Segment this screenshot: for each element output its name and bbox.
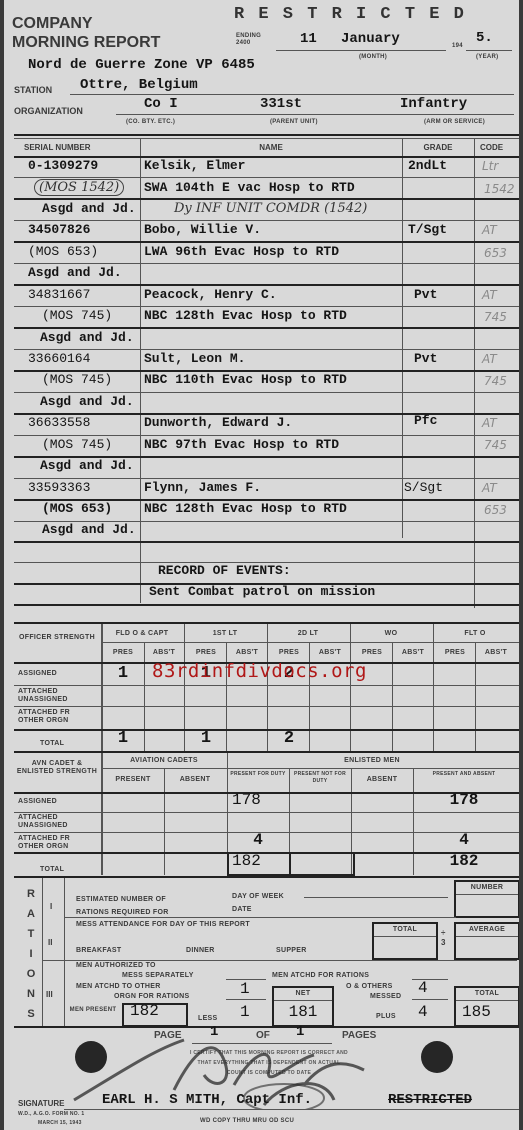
subcol-pres: PRES	[435, 649, 475, 656]
mess-attendance-label: MESS ATTENDANCE FOR DAY OF THIS REPORT	[76, 921, 250, 928]
mess-separately-label: MESS SEPARATELY	[122, 972, 194, 979]
entry-grade: Pvt	[414, 287, 437, 302]
group-flt-o: FLT O	[433, 630, 517, 637]
entry-grade: Pvt	[414, 351, 437, 366]
entry-code: AT	[482, 223, 497, 237]
rations-section-i: I	[50, 902, 52, 911]
breakfast-label: BREAKFAST	[76, 947, 121, 954]
record-of-events-heading: RECORD OF EVENTS:	[158, 563, 291, 578]
entry-code-mos: 745	[484, 438, 507, 452]
signature-label: SIGNATURE	[18, 1099, 65, 1108]
rations-total-value: 185	[462, 1003, 491, 1021]
month-caption: (MONTH)	[359, 54, 387, 60]
subcol-pres: PRES	[269, 649, 309, 656]
estimated-rations-label: ESTIMATED NUMBER OF RATIONS REQUIRED FOR	[76, 893, 169, 919]
average-label: AVERAGE	[456, 926, 518, 933]
organization-arm: Infantry	[400, 96, 467, 112]
entry-serial: 0-1309279	[28, 158, 98, 173]
entry-note: Asgd and Jd.	[42, 201, 136, 216]
entry-code-mos: 745	[484, 374, 507, 388]
form-date: MARCH 15, 1943	[38, 1120, 82, 1126]
entry-name: Sult, Leon M.	[144, 351, 245, 366]
row-total-label: TOTAL	[40, 740, 64, 747]
entry-mos: (MOS 653)	[42, 501, 112, 516]
entry-serial: 36633558	[28, 415, 90, 430]
entry-serial: 34831667	[28, 287, 90, 302]
men-atchd-for-rations-label: MEN ATCHD FOR RATIONS	[272, 972, 369, 979]
rations-total-label: TOTAL	[456, 990, 518, 997]
entry-serial: 34507826	[28, 222, 90, 237]
entry-code-mos: 745	[484, 310, 507, 324]
mess-total-label: TOTAL	[374, 926, 436, 933]
subcol-absent: ABSENT	[352, 776, 412, 783]
col-grade: GRADE	[402, 143, 474, 152]
subcol-present-for-duty: PRESENT FOR DUTY	[228, 771, 288, 778]
entry-grade: T/Sgt	[408, 222, 447, 237]
entry-serial: 33593363	[28, 480, 90, 495]
entry-mos: (MOS 653)	[28, 244, 98, 259]
o-others-label: O & OTHERS	[346, 983, 393, 990]
entry-name: Kelsik, Elmer	[144, 158, 245, 173]
entry-action: LWA 96th Evac Hosp to RTD	[144, 244, 339, 259]
enlisted-men-header: ENLISTED MEN	[227, 757, 517, 764]
number-label: NUMBER	[456, 884, 518, 891]
enlisted-total-present-duty: 182	[232, 852, 261, 870]
entry-action: SWA 104th E vac Hosp to RTD	[144, 180, 355, 195]
officer-total-fld-pres: 1	[103, 729, 143, 748]
subcol-present-not-for-duty: PRESENT NOT FOR DUTY	[290, 771, 350, 785]
entry-mos: (MOS 745)	[42, 308, 112, 323]
enlisted-total-present-absent: 182	[414, 852, 514, 870]
entry-note: Asgd and Jd.	[40, 458, 134, 473]
aviation-cadets-header: AVIATION CADETS	[101, 757, 227, 764]
subcol-abst: ABS'T	[476, 649, 516, 656]
row-assigned-label: ASSIGNED	[18, 670, 57, 677]
entry-code: AT	[482, 288, 497, 302]
entry-serial: 33660164	[28, 351, 90, 366]
officer-total-1stlt-pres: 1	[186, 729, 226, 748]
subcol-abst: ABS'T	[393, 649, 433, 656]
row-attached-unassigned-label: ATTACHED UNASSIGNED	[18, 688, 98, 704]
report-month: January	[341, 31, 400, 47]
report-day: 11	[300, 31, 317, 47]
entry-code: Ltr	[482, 159, 498, 173]
form-title-line2: MORNING REPORT	[12, 33, 160, 52]
row-attached-fr-other-label: ATTACHED FR OTHER ORGN	[18, 835, 98, 851]
subcol-cadet-present: PRESENT	[103, 776, 163, 783]
men-authorized-label: MEN AUTHORIZED TO	[76, 962, 156, 969]
organization-parent-unit: 331st	[260, 96, 302, 112]
rations-section-ii: II	[48, 938, 52, 947]
dinner-label: DINNER	[186, 947, 215, 954]
men-atchd-to-other-label: MEN ATCHD TO OTHER	[76, 983, 161, 990]
entry-note: Asgd and Jd.	[40, 394, 134, 409]
net-label: NET	[274, 990, 332, 997]
organization-label: ORGANIZATION	[14, 106, 83, 116]
watermark: 83rdinfdivdocs.org	[152, 660, 367, 682]
officer-strength-label: OFFICER STRENGTH	[16, 634, 98, 642]
entry-mos: (MOS 745)	[42, 437, 112, 452]
men-present-label: MEN PRESENT	[68, 1006, 118, 1014]
entry-action: NBC 110th Evac Hosp to RTD	[144, 372, 347, 387]
classification-stamp: R E S T R I C T E D	[234, 5, 466, 24]
entry-action: NBC 128th Evac Hosp to RTD	[144, 308, 347, 323]
entry-code-mos: 1542	[484, 182, 515, 196]
year-prefix: 194	[452, 43, 463, 49]
signer-name: EARL H. S MITH, Capt Inf.	[102, 1092, 312, 1108]
entry-code: AT	[482, 481, 497, 495]
report-year: 5.	[476, 30, 493, 46]
row-attached-fr-other-label: ATTACHED FR OTHER ORGN	[18, 709, 98, 725]
enlisted-assigned-present-absent: 178	[414, 791, 514, 809]
plus-value: 4	[418, 1003, 428, 1021]
form-title-line1: COMPANY	[12, 14, 160, 33]
station-value: Ottre, Belgium	[80, 77, 198, 93]
men-atchd-other-value: 1	[240, 980, 250, 998]
messed-label: MESSED	[370, 993, 401, 1000]
row-assigned-label: ASSIGNED	[18, 798, 57, 805]
year-caption: (YEAR)	[476, 54, 498, 60]
parent-caption: (PARENT UNIT)	[270, 119, 318, 125]
divide-by-3: ÷ 3	[441, 928, 451, 948]
subcol-pres: PRES	[103, 649, 143, 656]
date-label: DATE	[232, 906, 252, 913]
rations-section-iii: III	[46, 990, 53, 999]
entry-mos: (MOS 1542)	[34, 179, 124, 196]
subcol-cadet-absent: ABSENT	[165, 776, 225, 783]
entry-name: Flynn, James F.	[144, 480, 261, 495]
o-others-messed-value: 4	[418, 979, 428, 997]
entry-code: AT	[482, 416, 497, 430]
rations-side-label: R A T I O N S	[24, 884, 38, 1024]
group-fld-o-capt: FLD O & CAPT	[101, 630, 183, 637]
form-number: W.D., A.G.O. FORM NO. 1	[18, 1111, 84, 1117]
men-present-value: 182	[130, 1002, 159, 1020]
location-note: Nord de Guerre Zone VP 6485	[28, 57, 255, 73]
entry-name: Dunworth, Edward J.	[144, 415, 292, 430]
subcol-pres: PRES	[186, 649, 226, 656]
station-label: STATION	[14, 85, 52, 95]
entry-code: AT	[482, 352, 497, 366]
entry-note: Asgd and Jd.	[28, 265, 122, 280]
subcol-pres: PRES	[352, 649, 392, 656]
subcol-abst: ABS'T	[227, 649, 267, 656]
punch-hole-right	[421, 1041, 453, 1073]
organization-company: Co I	[144, 96, 178, 112]
entry-name: Bobo, Willie V.	[144, 222, 261, 237]
morning-report-page: COMPANY MORNING REPORT R E S T R I C T E…	[4, 0, 519, 1130]
entry-action: NBC 97th Evac Hosp to RTD	[144, 437, 339, 452]
plus-label: PLUS	[376, 1013, 396, 1020]
subcol-present-and-absent: PRESENT AND ABSENT	[414, 771, 514, 778]
row-attached-unassigned-label: ATTACHED UNASSIGNED	[18, 814, 98, 830]
enlisted-assigned-present-duty: 178	[232, 791, 261, 809]
col-code: CODE	[480, 143, 503, 152]
entry-mos: (MOS 745)	[42, 372, 112, 387]
officer-assigned-fld-pres: 1	[103, 664, 143, 683]
entry-handwritten-duty: Dy INF UNIT COMDR (1542)	[174, 201, 367, 216]
ending-label: ENDING 2400	[236, 33, 262, 47]
col-serial-number: SERIAL NUMBER	[24, 143, 134, 152]
entry-grade: S/Sgt	[404, 480, 443, 495]
subcol-abst: ABS'T	[144, 649, 184, 656]
entry-note: Asgd and Jd.	[42, 522, 136, 537]
entry-note: Asgd and Jd.	[40, 330, 134, 345]
supper-label: SUPPER	[276, 947, 307, 954]
enlisted-attached-present-duty: 4	[228, 831, 288, 849]
entry-grade: 2ndLt	[408, 158, 447, 173]
subcol-abst: ABS'T	[310, 649, 350, 656]
arm-caption: (ARM OR SERVICE)	[424, 119, 485, 125]
entry-grade: Pfc	[414, 413, 437, 428]
entry-code-mos: 653	[484, 503, 507, 517]
col-name: NAME	[140, 143, 402, 152]
restricted-stamp: RESTRICTED	[388, 1092, 472, 1108]
copy-note: WD COPY THRU MRU OD SCU	[200, 1118, 294, 1124]
officer-total-2dlt-pres: 2	[269, 729, 309, 748]
enlisted-strength-label: AVN CADET & ENLISTED STRENGTH	[16, 760, 98, 776]
group-2d-lt: 2D LT	[267, 630, 349, 637]
company-caption: (CO. BTY. ETC.)	[126, 119, 175, 125]
group-1st-lt: 1ST LT	[184, 630, 266, 637]
group-wo: WO	[350, 630, 432, 637]
entry-name: Peacock, Henry C.	[144, 287, 277, 302]
net-value: 181	[274, 1003, 332, 1021]
form-title: COMPANY MORNING REPORT	[12, 14, 160, 52]
record-of-events-text: Sent Combat patrol on mission	[149, 584, 375, 599]
entry-action: NBC 128th Evac Hosp to RTD	[144, 501, 347, 516]
enlisted-attached-present-absent: 4	[414, 831, 514, 849]
entry-code-mos: 653	[484, 246, 507, 260]
row-total-label: TOTAL	[40, 866, 64, 873]
day-of-week-label: DAY OF WEEK	[232, 893, 284, 900]
less-label: LESS	[198, 1015, 217, 1022]
orgn-for-rations-label: ORGN FOR RATIONS	[114, 993, 189, 1000]
less-value: 1	[240, 1003, 250, 1021]
